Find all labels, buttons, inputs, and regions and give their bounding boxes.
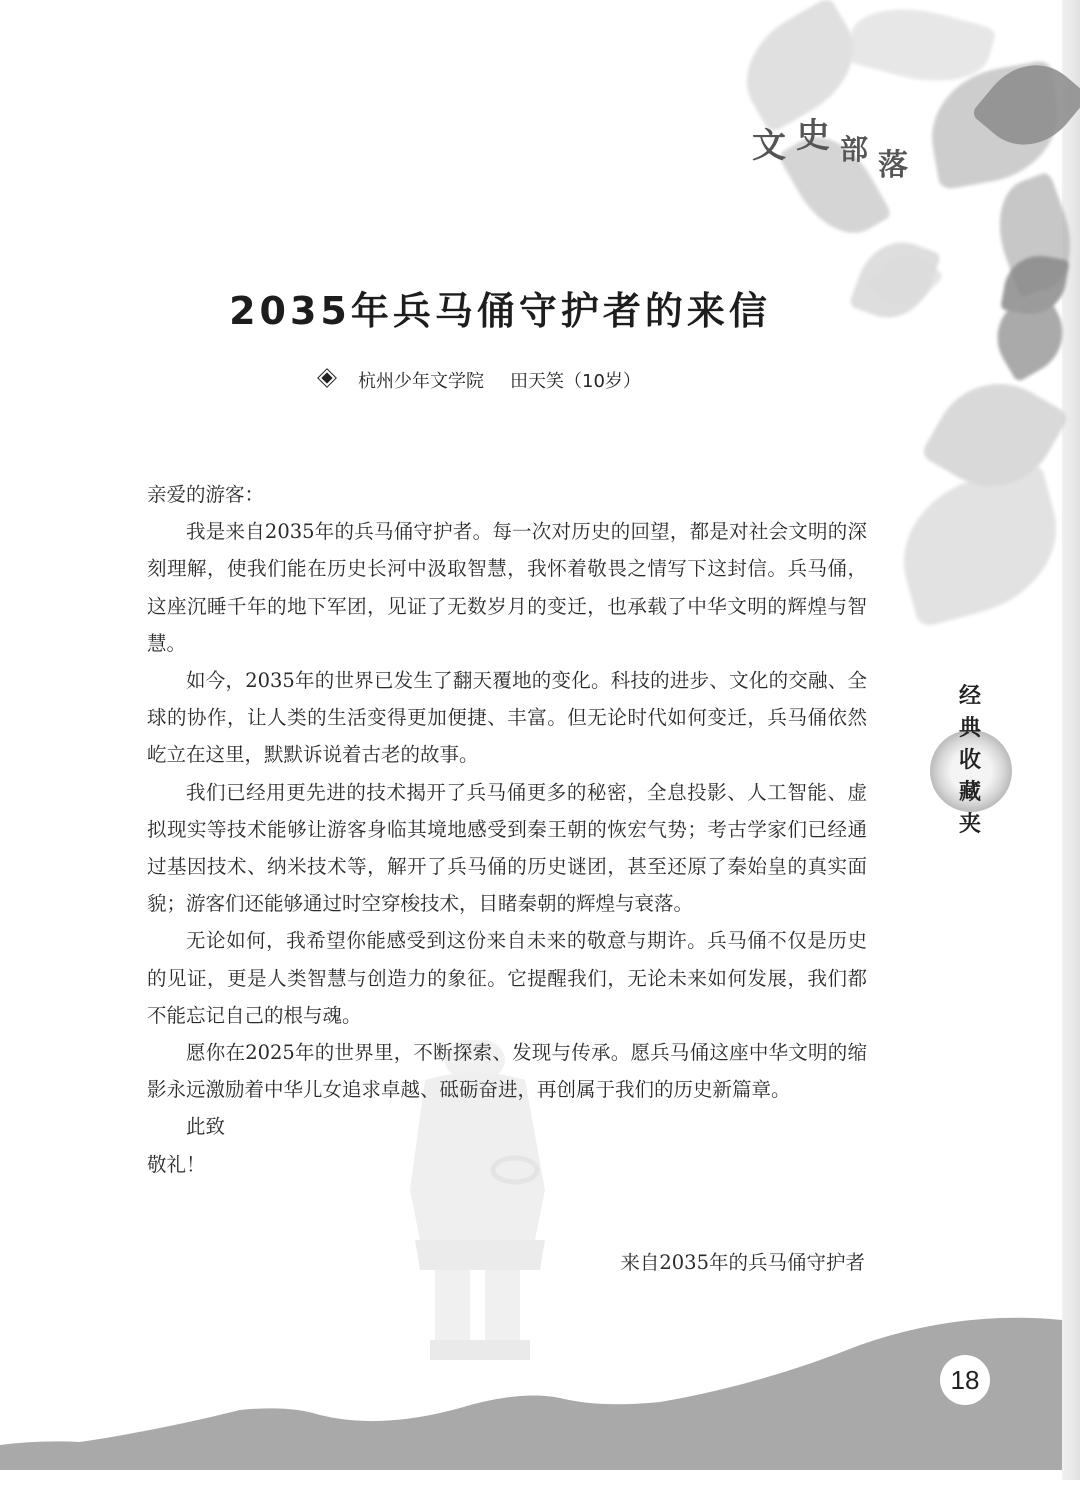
footer-wave	[0, 1290, 1080, 1480]
badge-char: 收	[955, 745, 985, 777]
badge-char: 典	[955, 713, 985, 745]
page-number: 18	[940, 1355, 990, 1405]
section-char: 部	[840, 128, 870, 168]
closing-line: 此致	[147, 1108, 867, 1145]
byline-author: 田天笑（10岁）	[510, 371, 641, 392]
badge-char: 夹	[955, 809, 985, 841]
section-char: 史	[796, 108, 832, 157]
section-char: 落	[878, 140, 910, 184]
byline-org: 杭州少年文学院	[358, 371, 484, 392]
magazine-page: 文史部落 2035年兵马俑守护者的来信 杭州少年文学院田天笑（10岁） 亲爱的游…	[0, 0, 1080, 1495]
article-title: 2035年兵马俑守护者的来信	[0, 280, 1000, 335]
letter-body: 亲爱的游客： 我是来自2035年的兵马俑守护者。每一次对历史的回望，都是对社会文…	[147, 476, 867, 1183]
side-badge-classic-collection: 经 典 收 藏 夹	[925, 675, 1005, 855]
section-char: 文	[752, 118, 788, 167]
paragraph: 愿你在2025年的世界里，不断探索、发现与传承。愿兵马俑这座中华文明的缩影永远激…	[147, 1034, 867, 1108]
paragraph: 我们已经用更先进的技术揭开了兵马俑更多的秘密，全息投影、人工智能、虚拟现实等技术…	[147, 774, 867, 923]
paragraph: 无论如何，我希望你能感受到这份来自未来的敬意与期许。兵马俑不仅是历史的见证，更是…	[147, 922, 867, 1034]
paragraph: 如今，2035年的世界已发生了翻天覆地的变化。科技的进步、文化的交融、全球的协作…	[147, 662, 867, 774]
badge-char: 藏	[955, 777, 985, 809]
section-header-wenshibuluo: 文史部落	[752, 118, 918, 167]
closing-salute: 敬礼！	[147, 1146, 867, 1183]
signature: 来自2035年的兵马俑守护者	[620, 1247, 865, 1275]
diamond-bullet-icon	[317, 368, 337, 388]
paragraph: 我是来自2035年的兵马俑守护者。每一次对历史的回望，都是对社会文明的深刻理解，…	[147, 513, 867, 662]
byline: 杭州少年文学院田天笑（10岁）	[320, 367, 641, 393]
page-edge-border	[1062, 0, 1080, 1480]
salutation: 亲爱的游客：	[147, 476, 867, 513]
badge-char: 经	[955, 681, 985, 713]
